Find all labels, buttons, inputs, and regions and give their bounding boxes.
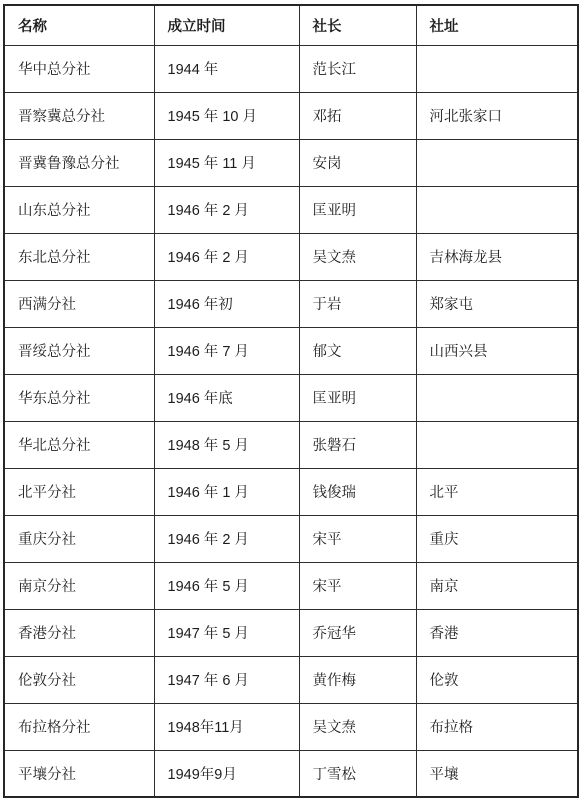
cell-president: 宋平 (299, 562, 416, 609)
cell-president: 宋平 (299, 515, 416, 562)
cell-name: 晋察冀总分社 (4, 92, 154, 139)
header-president: 社长 (299, 5, 416, 45)
cell-address: 伦敦 (416, 656, 578, 703)
cell-name: 东北总分社 (4, 233, 154, 280)
cell-founded: 1947 年 6 月 (154, 656, 299, 703)
cell-address: 郑家屯 (416, 280, 578, 327)
table-row: 重庆分社 1946 年 2 月 宋平 重庆 (4, 515, 578, 562)
cell-address: 山西兴县 (416, 327, 578, 374)
cell-address: 重庆 (416, 515, 578, 562)
cell-president: 吴文焘 (299, 233, 416, 280)
header-address: 社址 (416, 5, 578, 45)
cell-president: 吴文焘 (299, 703, 416, 750)
cell-address: 平壤 (416, 750, 578, 797)
cell-president: 匡亚明 (299, 186, 416, 233)
table-row: 晋察冀总分社 1945 年 10 月 邓拓 河北张家口 (4, 92, 578, 139)
cell-name: 南京分社 (4, 562, 154, 609)
cell-address: 布拉格 (416, 703, 578, 750)
cell-president: 郁文 (299, 327, 416, 374)
cell-name: 伦敦分社 (4, 656, 154, 703)
cell-name: 华中总分社 (4, 45, 154, 92)
table-row: 平壤分社 1949年9月 丁雪松 平壤 (4, 750, 578, 797)
cell-president: 邓拓 (299, 92, 416, 139)
cell-founded: 1947 年 5 月 (154, 609, 299, 656)
cell-founded: 1945 年 10 月 (154, 92, 299, 139)
table-row: 香港分社 1947 年 5 月 乔冠华 香港 (4, 609, 578, 656)
cell-president: 安岗 (299, 139, 416, 186)
cell-founded: 1946 年初 (154, 280, 299, 327)
table-row: 北平分社 1946 年 1 月 钱俊瑞 北平 (4, 468, 578, 515)
cell-founded: 1944 年 (154, 45, 299, 92)
table-row: 华东总分社 1946 年底 匡亚明 (4, 374, 578, 421)
branch-table: 名称 成立时间 社长 社址 华中总分社 1944 年 范长江 晋察冀总分社 19… (3, 4, 579, 798)
cell-address: 香港 (416, 609, 578, 656)
cell-name: 平壤分社 (4, 750, 154, 797)
cell-president: 于岩 (299, 280, 416, 327)
cell-president: 张磐石 (299, 421, 416, 468)
cell-president: 匡亚明 (299, 374, 416, 421)
cell-name: 香港分社 (4, 609, 154, 656)
cell-address (416, 374, 578, 421)
cell-founded: 1948年11月 (154, 703, 299, 750)
header-founded: 成立时间 (154, 5, 299, 45)
table-row: 晋冀鲁豫总分社 1945 年 11 月 安岗 (4, 139, 578, 186)
cell-name: 重庆分社 (4, 515, 154, 562)
cell-president: 乔冠华 (299, 609, 416, 656)
cell-president: 钱俊瑞 (299, 468, 416, 515)
cell-founded: 1949年9月 (154, 750, 299, 797)
cell-name: 北平分社 (4, 468, 154, 515)
table-row: 伦敦分社 1947 年 6 月 黄作梅 伦敦 (4, 656, 578, 703)
table-row: 华中总分社 1944 年 范长江 (4, 45, 578, 92)
cell-address: 南京 (416, 562, 578, 609)
cell-address (416, 45, 578, 92)
table-row: 西满分社 1946 年初 于岩 郑家屯 (4, 280, 578, 327)
cell-address: 河北张家口 (416, 92, 578, 139)
table-header-row: 名称 成立时间 社长 社址 (4, 5, 578, 45)
cell-name: 华东总分社 (4, 374, 154, 421)
cell-founded: 1946 年 2 月 (154, 515, 299, 562)
cell-founded: 1946 年 5 月 (154, 562, 299, 609)
table-row: 华北总分社 1948 年 5 月 张磐石 (4, 421, 578, 468)
table-row: 东北总分社 1946 年 2 月 吴文焘 吉林海龙县 (4, 233, 578, 280)
cell-president: 范长江 (299, 45, 416, 92)
cell-founded: 1946 年 7 月 (154, 327, 299, 374)
cell-name: 华北总分社 (4, 421, 154, 468)
cell-founded: 1945 年 11 月 (154, 139, 299, 186)
cell-president: 丁雪松 (299, 750, 416, 797)
cell-founded: 1946 年底 (154, 374, 299, 421)
cell-founded: 1946 年 2 月 (154, 233, 299, 280)
cell-name: 山东总分社 (4, 186, 154, 233)
header-name: 名称 (4, 5, 154, 45)
page: 名称 成立时间 社长 社址 华中总分社 1944 年 范长江 晋察冀总分社 19… (0, 4, 581, 804)
cell-name: 布拉格分社 (4, 703, 154, 750)
cell-founded: 1946 年 1 月 (154, 468, 299, 515)
cell-name: 晋冀鲁豫总分社 (4, 139, 154, 186)
table-row: 南京分社 1946 年 5 月 宋平 南京 (4, 562, 578, 609)
cell-address: 吉林海龙县 (416, 233, 578, 280)
cell-president: 黄作梅 (299, 656, 416, 703)
cell-name: 西满分社 (4, 280, 154, 327)
cell-founded: 1948 年 5 月 (154, 421, 299, 468)
table-row: 山东总分社 1946 年 2 月 匡亚明 (4, 186, 578, 233)
cell-address (416, 421, 578, 468)
cell-founded: 1946 年 2 月 (154, 186, 299, 233)
cell-name: 晋绥总分社 (4, 327, 154, 374)
table-row: 布拉格分社 1948年11月 吴文焘 布拉格 (4, 703, 578, 750)
cell-address (416, 139, 578, 186)
table-row: 晋绥总分社 1946 年 7 月 郁文 山西兴县 (4, 327, 578, 374)
cell-address (416, 186, 578, 233)
cell-address: 北平 (416, 468, 578, 515)
